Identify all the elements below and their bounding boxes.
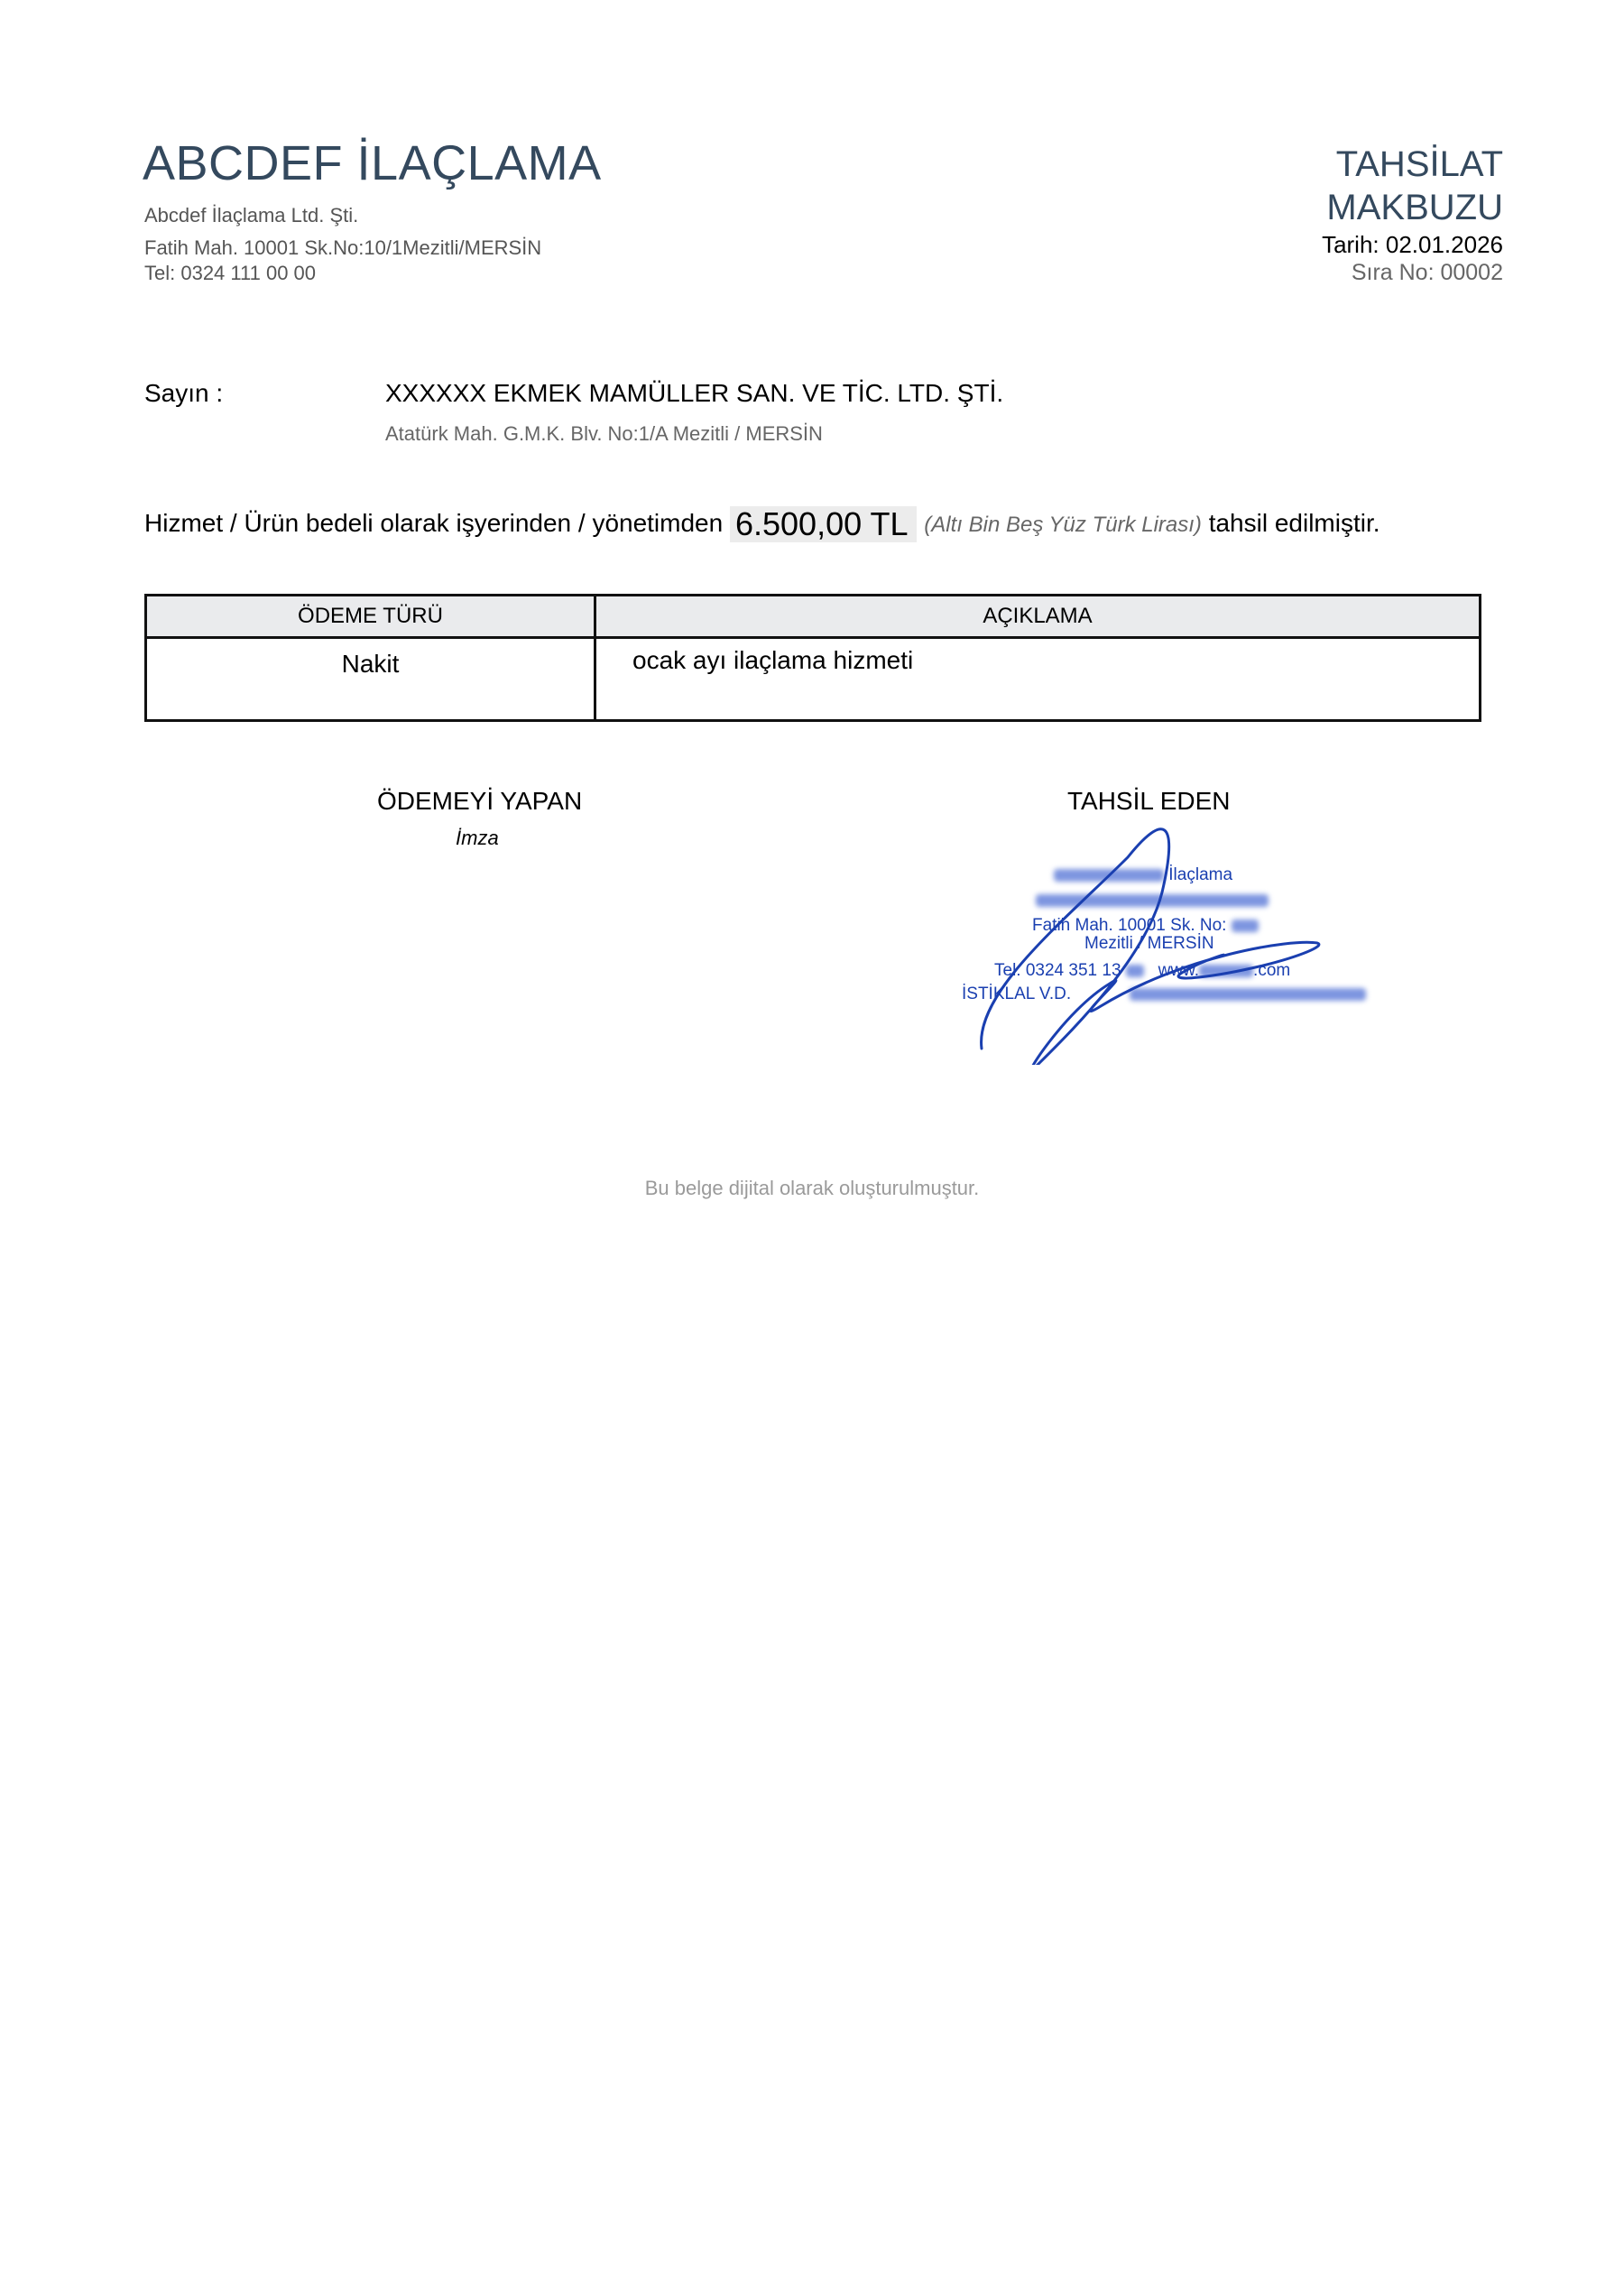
signature-scribble-icon: [956, 812, 1371, 1065]
footer-note: Bu belge dijital olarak oluşturulmuştur.: [0, 1179, 1624, 1198]
payment-table: ÖDEME TÜRÜ AÇIKLAMA Nakit ocak ayı ilaçl…: [144, 594, 1481, 722]
collector-label: TAHSİL EDEN: [1067, 789, 1230, 814]
recipient-name: XXXXXX EKMEK MAMÜLLER SAN. VE TİC. LTD. …: [385, 381, 1003, 406]
amount-value: 6.500,00 TL: [730, 506, 918, 542]
recipient-label: Sayın :: [144, 381, 223, 406]
company-stamp: İlaçlama Fatih Mah. 10001 Sk. No: Mezitl…: [956, 812, 1371, 1065]
company-address: Fatih Mah. 10001 Sk.No:10/1Mezitli/MERSİ…: [144, 238, 541, 258]
amount-in-words: (Altı Bin Beş Yüz Türk Lirası): [924, 513, 1202, 537]
payment-statement: Hizmet / Ürün bedeli olarak işyerinden /…: [144, 505, 1380, 543]
table-row: Nakit ocak ayı ilaçlama hizmeti: [146, 638, 1481, 721]
document-title: TAHSİLAT MAKBUZU: [1269, 143, 1503, 229]
company-phone: Tel: 0324 111 00 00: [144, 263, 316, 283]
company-legal-name: Abcdef İlaçlama Ltd. Şti.: [144, 206, 358, 226]
statement-suffix: tahsil edilmiştir.: [1209, 509, 1380, 537]
recipient-address: Atatürk Mah. G.M.K. Blv. No:1/A Mezitli …: [385, 424, 823, 444]
payer-signature-hint: İmza: [456, 828, 499, 848]
document-sequence-no: Sıra No: 00002: [1352, 262, 1503, 284]
cell-payment-type: Nakit: [146, 638, 595, 721]
document-date: Tarih: 02.01.2026: [1322, 233, 1503, 256]
header-payment-type: ÖDEME TÜRÜ: [146, 596, 595, 638]
statement-prefix: Hizmet / Ürün bedeli olarak işyerinden /…: [144, 509, 723, 537]
header-description: AÇIKLAMA: [595, 596, 1481, 638]
cell-description: ocak ayı ilaçlama hizmeti: [595, 638, 1481, 721]
table-header-row: ÖDEME TÜRÜ AÇIKLAMA: [146, 596, 1481, 638]
company-title: ABCDEF İLAÇLAMA: [143, 139, 602, 188]
payer-label: ÖDEMEYİ YAPAN: [377, 789, 582, 814]
